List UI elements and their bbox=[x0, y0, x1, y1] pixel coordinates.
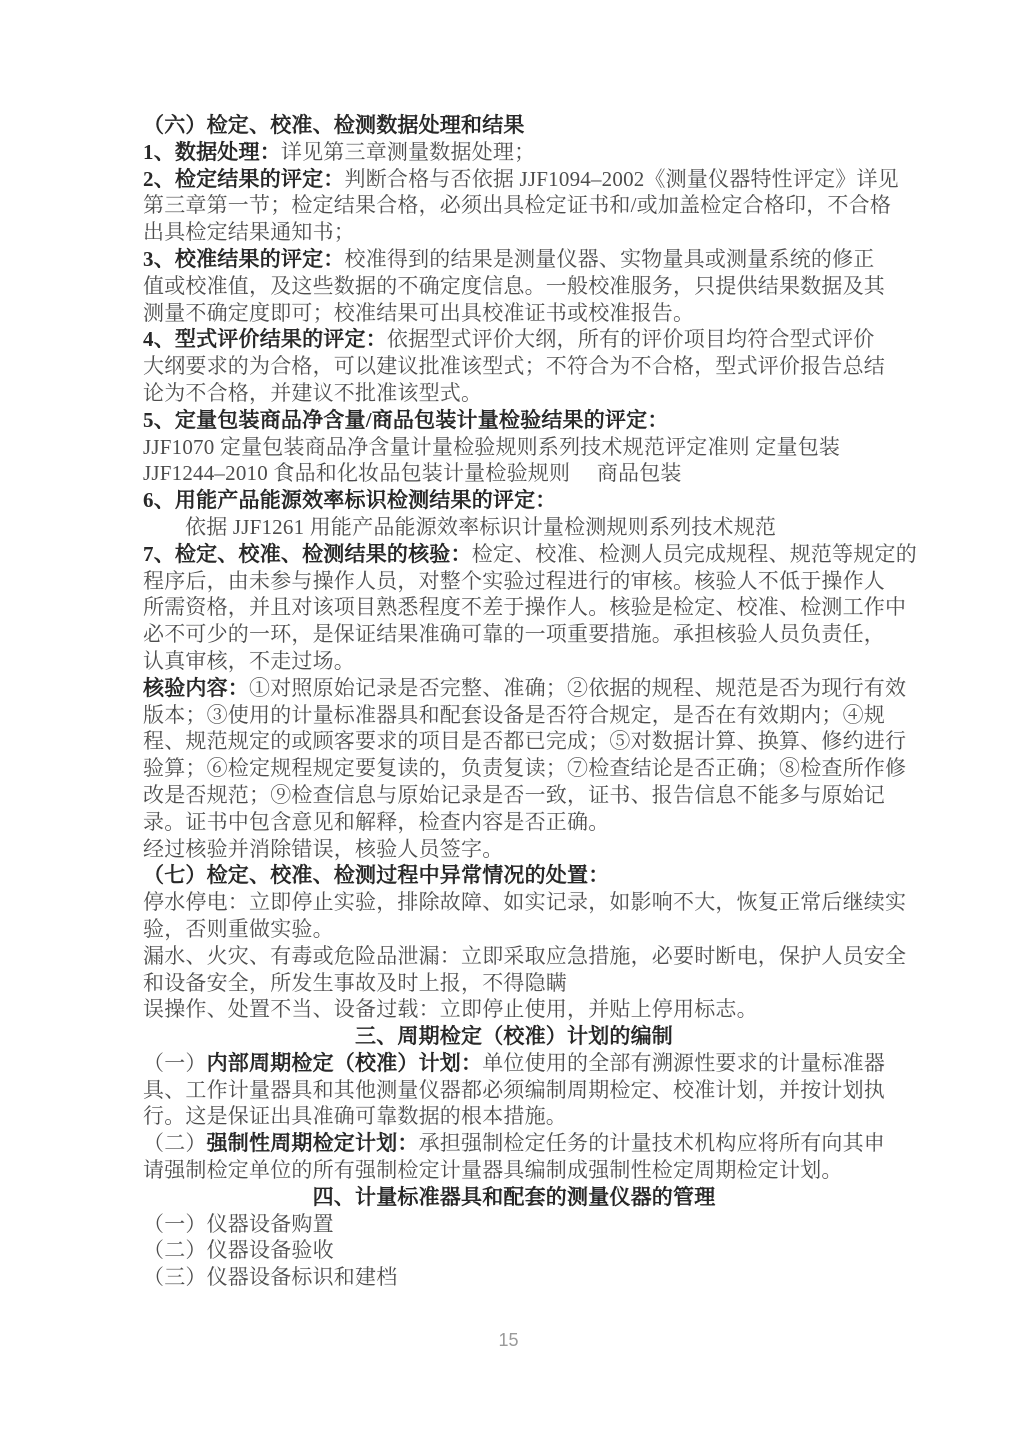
text-run: 大纲要求的为合格，可以建议批准该型式；不符合为不合格，型式评价报告总结 bbox=[143, 354, 885, 378]
text-run: 值或校准值，及这些数据的不确定度信息。一般校准服务，只提供结果数据及其 bbox=[143, 274, 885, 298]
text-run: 承担强制检定任务的计量技术机构应将所有向其申 bbox=[419, 1131, 885, 1155]
text-run: 程、规范规定的或顾客要求的项目是否都已完成；⑤对数据计算、换算、修约进行 bbox=[143, 729, 906, 753]
text-run: 判断合格与否依据 JJF1094–2002《测量仪器特性评定》详见 bbox=[345, 167, 899, 191]
text-run: 误操作、处置不当、设备过载：立即停止使用，并贴上停用标志。 bbox=[143, 997, 758, 1021]
text-run: 所需资格，并且对该项目熟悉程度不差于操作人。核验是检定、校准、检测工作中 bbox=[143, 595, 906, 619]
text-line: 程、规范规定的或顾客要求的项目是否都已完成；⑤对数据计算、换算、修约进行 bbox=[143, 728, 885, 755]
text-line: 行。这是保证出具准确可靠数据的根本措施。 bbox=[143, 1103, 885, 1130]
text-line: （二）强制性周期检定计划：承担强制检定任务的计量技术机构应将所有向其申 bbox=[143, 1130, 885, 1157]
document-body: （六）检定、校准、检测数据处理和结果1、数据处理：详见第三章测量数据处理；2、检… bbox=[143, 112, 885, 1291]
bold-text-run: 3、校准结果的评定： bbox=[143, 247, 345, 271]
text-run: 改是否规范；⑨检查信息与原始记录是否一致，证书、报告信息不能多与原始记 bbox=[143, 783, 885, 807]
text-line: （一）仪器设备购置 bbox=[143, 1211, 885, 1238]
text-run: 行。这是保证出具准确可靠数据的根本措施。 bbox=[143, 1104, 567, 1128]
bold-text-run: 内部周期检定（校准）计划： bbox=[207, 1051, 483, 1075]
text-run: （二） bbox=[143, 1131, 207, 1155]
text-line: 依据 JJF1261 用能产品能源效率标识计量检测规则系列技术规范 bbox=[143, 514, 885, 541]
text-line: 程序后，由未参与操作人员，对整个实验过程进行的审核。核验人不低于操作人 bbox=[143, 568, 885, 595]
page-number: 15 bbox=[0, 1330, 1017, 1351]
text-line: 出具检定结果通知书； bbox=[143, 219, 885, 246]
text-run: 依据型式评价大纲，所有的评价项目均符合型式评价 bbox=[387, 327, 875, 351]
text-run: 第三章第一节；检定结果合格，必须出具检定证书和/或加盖检定合格印，不合格 bbox=[143, 193, 891, 217]
text-run: 校准得到的结果是测量仪器、实物量具或测量系统的修正 bbox=[345, 247, 875, 271]
text-line: 录。证书中包含意见和解释，检查内容是否正确。 bbox=[143, 809, 885, 836]
bold-text-run: 4、型式评价结果的评定： bbox=[143, 327, 387, 351]
text-run: 测量不确定度即可；校准结果可出具校准证书或校准报告。 bbox=[143, 301, 694, 325]
text-run: 和设备安全，所发生事故及时上报，不得隐瞒 bbox=[143, 971, 567, 995]
text-line: 5、定量包装商品净含量/商品包装计量检验结果的评定： bbox=[143, 407, 885, 434]
text-line: 验算；⑥检定规程规定要复读的，负责复读；⑦检查结论是否正确；⑧检查所作修 bbox=[143, 755, 885, 782]
text-line: 第三章第一节；检定结果合格，必须出具检定证书和/或加盖检定合格印，不合格 bbox=[143, 192, 885, 219]
text-run: 验算；⑥检定规程规定要复读的，负责复读；⑦检查结论是否正确；⑧检查所作修 bbox=[143, 756, 906, 780]
text-run: 出具检定结果通知书； bbox=[143, 220, 355, 244]
text-line: 核验内容：①对照原始记录是否完整、准确；②依据的规程、规范是否为现行有效 bbox=[143, 675, 885, 702]
text-run: JJF1070 定量包装商品净含量计量检验规则系列技术规范评定准则 定量包装 bbox=[143, 435, 840, 459]
text-line: 和设备安全，所发生事故及时上报，不得隐瞒 bbox=[143, 970, 885, 997]
text-run: （一） bbox=[143, 1051, 207, 1075]
text-line: （三）仪器设备标识和建档 bbox=[143, 1264, 885, 1291]
text-run: 漏水、火灾、有毒或危险品泄漏：立即采取应急措施，必要时断电，保护人员安全 bbox=[143, 944, 906, 968]
text-run: ①对照原始记录是否完整、准确；②依据的规程、规范是否为现行有效 bbox=[249, 676, 906, 700]
text-line: 所需资格，并且对该项目熟悉程度不差于操作人。核验是检定、校准、检测工作中 bbox=[143, 594, 885, 621]
text-line: 经过核验并消除错误，核验人员签字。 bbox=[143, 836, 885, 863]
text-run: JJF1244–2010 食品和化妆品包装计量检验规则 商品包装 bbox=[143, 461, 682, 485]
text-line: JJF1070 定量包装商品净含量计量检验规则系列技术规范评定准则 定量包装 bbox=[143, 434, 885, 461]
bold-text-run: 7、检定、校准、检测结果的核验： bbox=[143, 542, 472, 566]
text-run: 请强制检定单位的所有强制检定计量器具编制成强制性检定周期检定计划。 bbox=[143, 1158, 843, 1182]
bold-text-run: 三、周期检定（校准）计划的编制 bbox=[355, 1024, 673, 1048]
text-line: 四、计量标准器具和配套的测量仪器的管理 bbox=[143, 1184, 885, 1211]
text-line: （一）内部周期检定（校准）计划：单位使用的全部有溯源性要求的计量标准器 bbox=[143, 1050, 885, 1077]
text-run: 认真审核，不走过场。 bbox=[143, 649, 355, 673]
text-run: 录。证书中包含意见和解释，检查内容是否正确。 bbox=[143, 810, 609, 834]
bold-text-run: 5、定量包装商品净含量/商品包装计量检验结果的评定： bbox=[143, 408, 669, 432]
text-line: 论为不合格，并建议不批准该型式。 bbox=[143, 380, 885, 407]
text-line: 认真审核，不走过场。 bbox=[143, 648, 885, 675]
text-line: JJF1244–2010 食品和化妆品包装计量检验规则 商品包装 bbox=[143, 460, 885, 487]
text-run: 验，否则重做实验。 bbox=[143, 917, 334, 941]
text-run: 依据 JJF1261 用能产品能源效率标识计量检测规则系列技术规范 bbox=[185, 515, 776, 539]
bold-text-run: （七）检定、校准、检测过程中异常情况的处置： bbox=[143, 863, 609, 887]
text-run: 经过核验并消除错误，核验人员签字。 bbox=[143, 837, 503, 861]
text-line: 请强制检定单位的所有强制检定计量器具编制成强制性检定周期检定计划。 bbox=[143, 1157, 885, 1184]
text-run: 停水停电：立即停止实验，排除故障、如实记录，如影响不大，恢复正常后继续实 bbox=[143, 890, 906, 914]
text-line: 具、工作计量器具和其他测量仪器都必须编制周期检定、校准计划，并按计划执 bbox=[143, 1077, 885, 1104]
text-line: 版本；③使用的计量标准器具和配套设备是否符合规定，是否在有效期内；④规 bbox=[143, 702, 885, 729]
text-line: 4、型式评价结果的评定：依据型式评价大纲，所有的评价项目均符合型式评价 bbox=[143, 326, 885, 353]
text-run: 论为不合格，并建议不批准该型式。 bbox=[143, 381, 482, 405]
text-run: 版本；③使用的计量标准器具和配套设备是否符合规定，是否在有效期内；④规 bbox=[143, 703, 885, 727]
bold-text-run: 强制性周期检定计划： bbox=[207, 1131, 419, 1155]
bold-text-run: 2、检定结果的评定： bbox=[143, 167, 345, 191]
text-line: 漏水、火灾、有毒或危险品泄漏：立即采取应急措施，必要时断电，保护人员安全 bbox=[143, 943, 885, 970]
text-run: 程序后，由未参与操作人员，对整个实验过程进行的审核。核验人不低于操作人 bbox=[143, 569, 885, 593]
text-run: 单位使用的全部有溯源性要求的计量标准器 bbox=[482, 1051, 885, 1075]
text-line: 大纲要求的为合格，可以建议批准该型式；不符合为不合格，型式评价报告总结 bbox=[143, 353, 885, 380]
text-run: 检定、校准、检测人员完成规程、规范等规定的 bbox=[472, 542, 917, 566]
text-line: 验，否则重做实验。 bbox=[143, 916, 885, 943]
text-line: 必不可少的一环，是保证结果准确可靠的一项重要措施。承担核验人员负责任， bbox=[143, 621, 885, 648]
text-line: （七）检定、校准、检测过程中异常情况的处置： bbox=[143, 862, 885, 889]
text-line: 误操作、处置不当、设备过载：立即停止使用，并贴上停用标志。 bbox=[143, 996, 885, 1023]
text-line: 测量不确定度即可；校准结果可出具校准证书或校准报告。 bbox=[143, 300, 885, 327]
text-run: 详见第三章测量数据处理； bbox=[281, 140, 535, 164]
text-line: （二）仪器设备验收 bbox=[143, 1237, 885, 1264]
bold-text-run: 四、计量标准器具和配套的测量仪器的管理 bbox=[313, 1185, 716, 1209]
text-run: （三）仪器设备标识和建档 bbox=[143, 1265, 397, 1289]
text-line: 3、校准结果的评定：校准得到的结果是测量仪器、实物量具或测量系统的修正 bbox=[143, 246, 885, 273]
text-line: 改是否规范；⑨检查信息与原始记录是否一致，证书、报告信息不能多与原始记 bbox=[143, 782, 885, 809]
text-run: 具、工作计量器具和其他测量仪器都必须编制周期检定、校准计划，并按计划执 bbox=[143, 1078, 885, 1102]
text-run: （一）仪器设备购置 bbox=[143, 1212, 334, 1236]
bold-text-run: 1、数据处理： bbox=[143, 140, 281, 164]
document-page: （六）检定、校准、检测数据处理和结果1、数据处理：详见第三章测量数据处理；2、检… bbox=[0, 0, 1017, 1438]
text-line: 三、周期检定（校准）计划的编制 bbox=[143, 1023, 885, 1050]
bold-text-run: （六）检定、校准、检测数据处理和结果 bbox=[143, 113, 525, 137]
text-run: （二）仪器设备验收 bbox=[143, 1238, 334, 1262]
text-line: 1、数据处理：详见第三章测量数据处理； bbox=[143, 139, 885, 166]
text-line: 6、用能产品能源效率标识检测结果的评定： bbox=[143, 487, 885, 514]
text-line: 7、检定、校准、检测结果的核验：检定、校准、检测人员完成规程、规范等规定的 bbox=[143, 541, 885, 568]
text-line: 值或校准值，及这些数据的不确定度信息。一般校准服务，只提供结果数据及其 bbox=[143, 273, 885, 300]
bold-text-run: 核验内容： bbox=[143, 676, 249, 700]
bold-text-run: 6、用能产品能源效率标识检测结果的评定： bbox=[143, 488, 557, 512]
text-run: 必不可少的一环，是保证结果准确可靠的一项重要措施。承担核验人员负责任， bbox=[143, 622, 885, 646]
text-line: 2、检定结果的评定：判断合格与否依据 JJF1094–2002《测量仪器特性评定… bbox=[143, 166, 885, 193]
text-line: （六）检定、校准、检测数据处理和结果 bbox=[143, 112, 885, 139]
text-line: 停水停电：立即停止实验，排除故障、如实记录，如影响不大，恢复正常后继续实 bbox=[143, 889, 885, 916]
